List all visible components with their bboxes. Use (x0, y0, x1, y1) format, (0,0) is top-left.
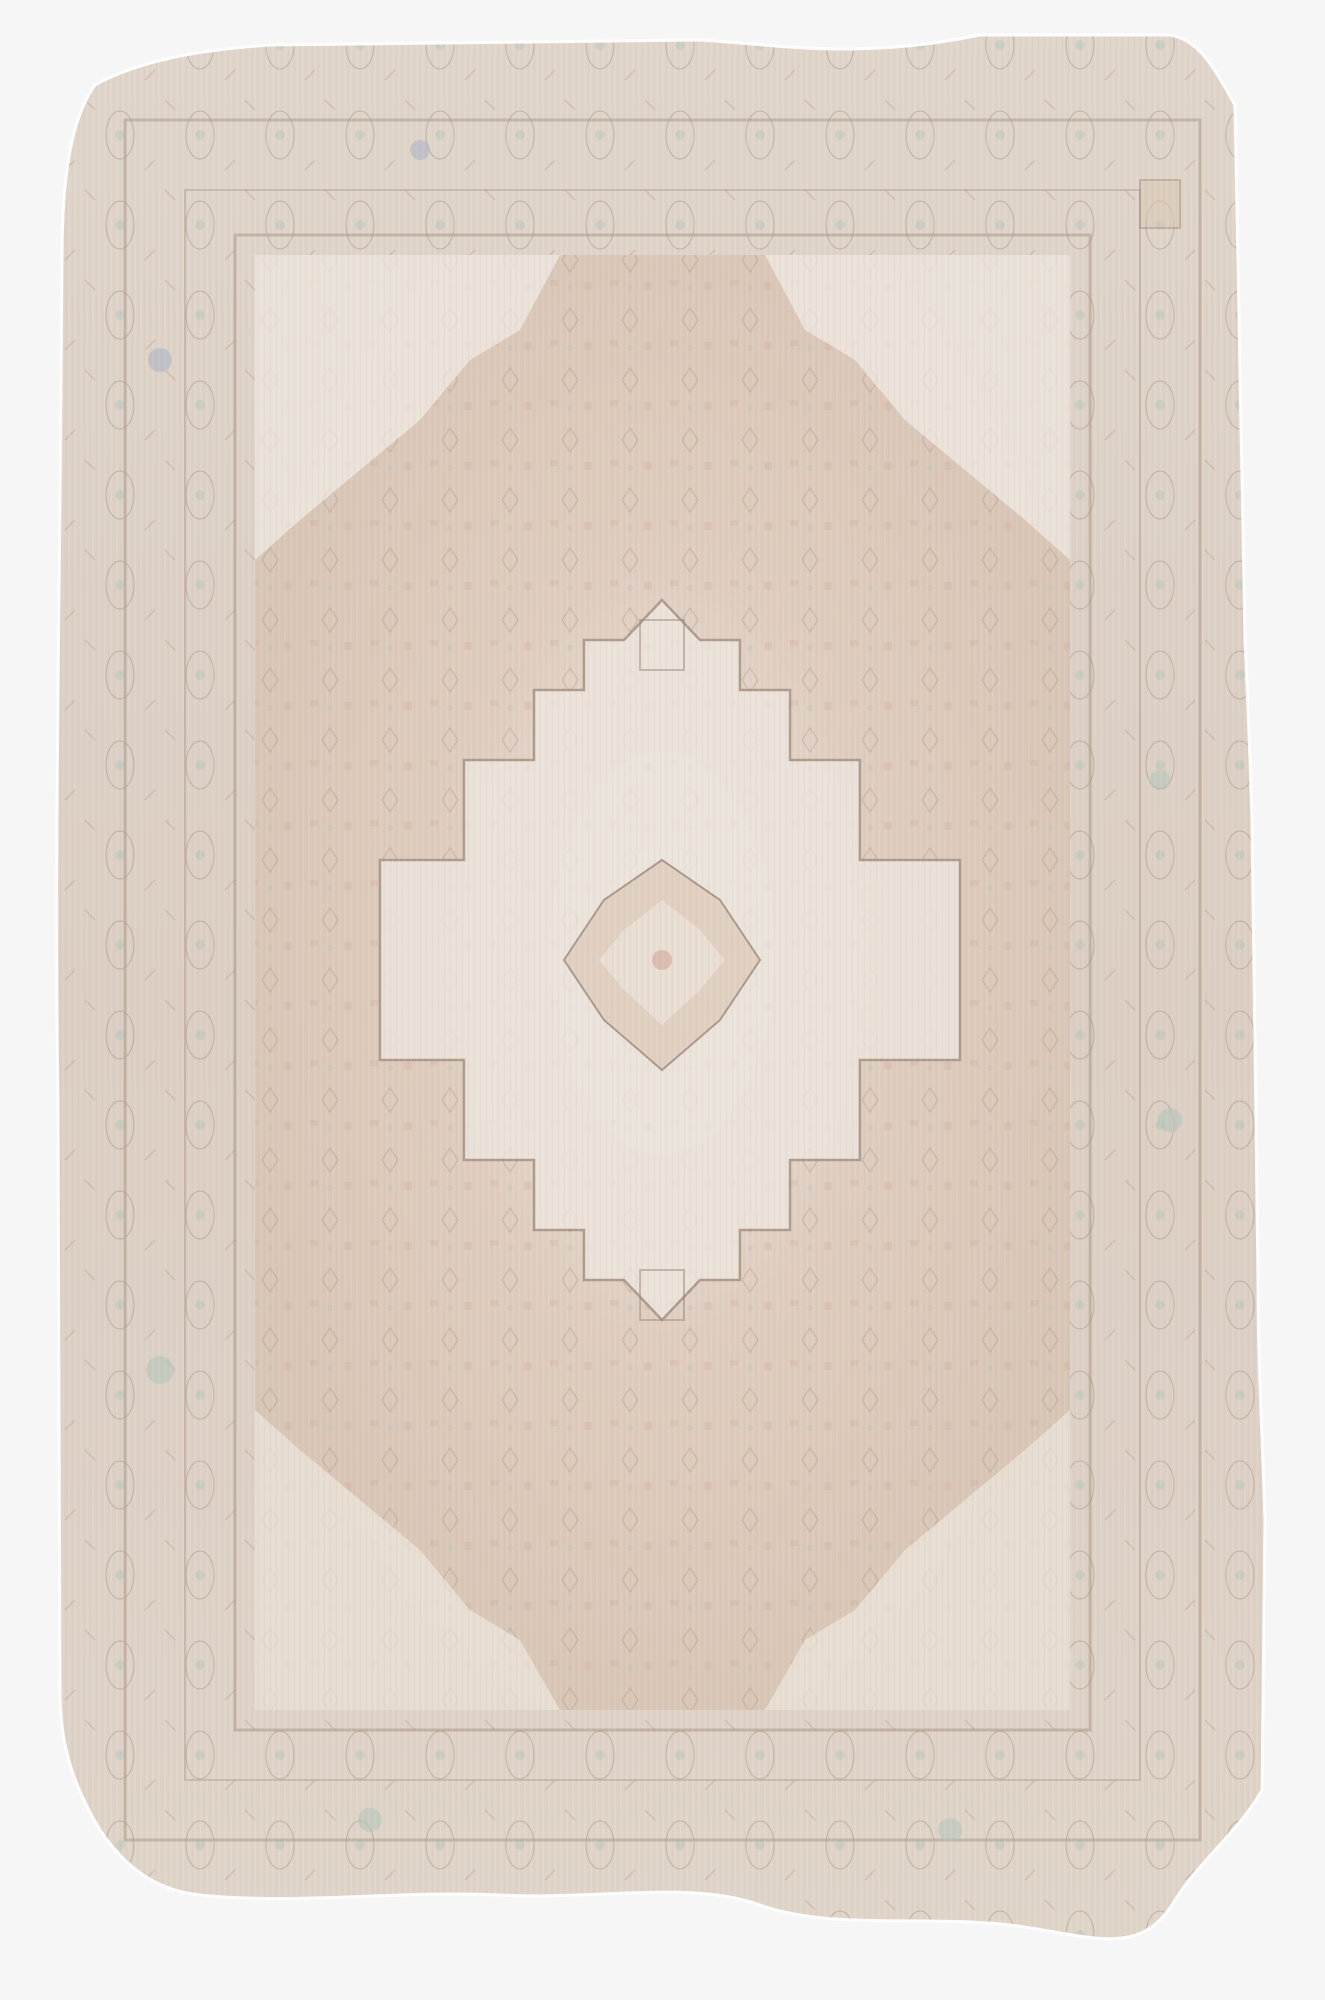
product-photo (0, 0, 1325, 2000)
rug-illustration (0, 0, 1325, 2000)
rug (0, 0, 1325, 2000)
